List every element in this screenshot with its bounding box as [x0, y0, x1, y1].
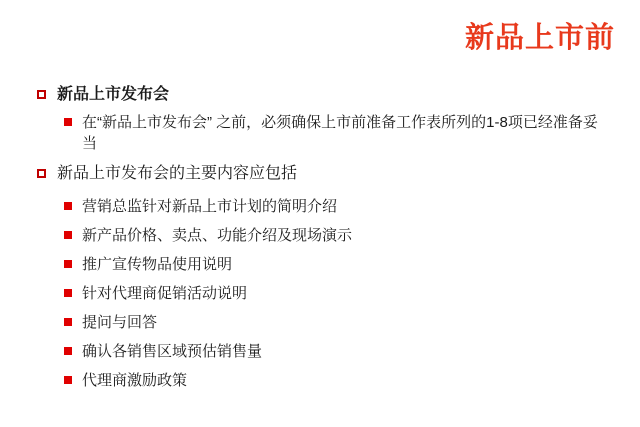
section-2-item-4: 针对代理商促销活动说明	[82, 283, 247, 304]
list-item: 提问与回答	[64, 312, 615, 333]
section-1-item-1: 在“新品上市发布会” 之前，必须确保上市前准备工作表所列的1-8项已经准备妥当	[82, 112, 609, 154]
filled-square-bullet-icon	[64, 376, 72, 384]
section-2-item-5: 提问与回答	[82, 312, 157, 333]
section-2-item-6: 确认各销售区域预估销售量	[82, 341, 262, 362]
presentation-slide: 新品上市前 新品上市发布会 在“新品上市发布会” 之前，必须确保上市前准备工作表…	[0, 0, 640, 427]
list-item: 确认各销售区域预估销售量	[64, 341, 615, 362]
section-2-item-1: 营销总监针对新品上市计划的简明介绍	[82, 196, 337, 217]
section-2-item-2: 新产品价格、卖点、功能介绍及现场演示	[82, 225, 352, 246]
hollow-square-bullet-icon	[37, 90, 46, 99]
filled-square-bullet-icon	[64, 318, 72, 326]
section-1-heading-row: 新品上市发布会	[37, 84, 615, 106]
section-2-heading-row: 新品上市发布会的主要内容应包括	[37, 163, 615, 185]
section-2-list: 营销总监针对新品上市计划的简明介绍 新产品价格、卖点、功能介绍及现场演示 推广宣…	[37, 196, 615, 391]
filled-square-bullet-icon	[64, 118, 72, 126]
list-item: 在“新品上市发布会” 之前，必须确保上市前准备工作表所列的1-8项已经准备妥当	[64, 112, 615, 154]
list-item: 营销总监针对新品上市计划的简明介绍	[64, 196, 615, 217]
list-item: 新产品价格、卖点、功能介绍及现场演示	[64, 225, 615, 246]
section-2-item-3: 推广宣传物品使用说明	[82, 254, 232, 275]
section-2-heading: 新品上市发布会的主要内容应包括	[57, 163, 297, 185]
filled-square-bullet-icon	[64, 289, 72, 297]
list-item: 推广宣传物品使用说明	[64, 254, 615, 275]
slide-title: 新品上市前	[465, 15, 615, 56]
list-item: 针对代理商促销活动说明	[64, 283, 615, 304]
list-item: 代理商激励政策	[64, 370, 615, 391]
section-1-heading: 新品上市发布会	[57, 84, 169, 106]
hollow-square-bullet-icon	[37, 169, 46, 178]
filled-square-bullet-icon	[64, 347, 72, 355]
filled-square-bullet-icon	[64, 231, 72, 239]
filled-square-bullet-icon	[64, 202, 72, 210]
filled-square-bullet-icon	[64, 260, 72, 268]
slide-body: 新品上市发布会 在“新品上市发布会” 之前，必须确保上市前准备工作表所列的1-8…	[37, 84, 615, 391]
section-2-item-7: 代理商激励政策	[82, 370, 187, 391]
